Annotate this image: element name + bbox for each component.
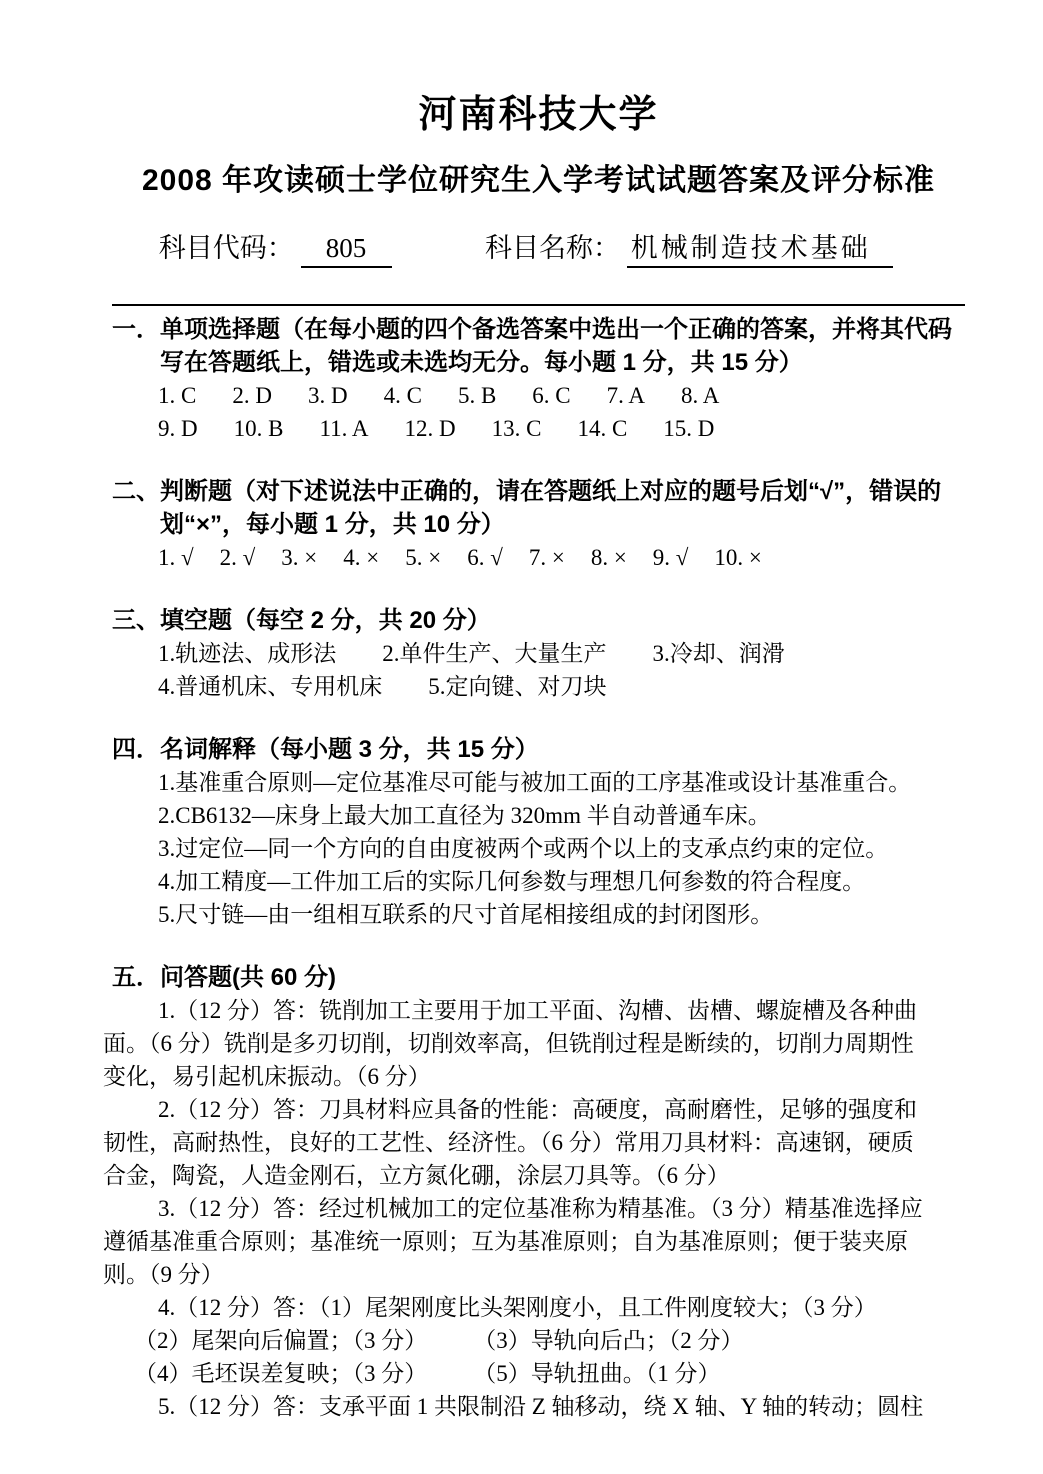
essay-line: 5.（12 分）答：支承平面 1 共限制沿 Z 轴移动，绕 X 轴、Y 轴的转动… xyxy=(112,1390,965,1423)
answer-item: 11. A xyxy=(319,412,368,445)
answer-item: 2. √ xyxy=(220,541,256,574)
heading-line-1: 单项选择题（在每小题的四个备选答案中选出一个正确的答案，并将其代码 xyxy=(160,316,952,343)
answer-item: 3. D xyxy=(308,379,348,412)
section-heading: 三、 填空题（每空 2 分，共 20 分） xyxy=(112,604,965,637)
section-multiple-choice: 一． 单项选择题（在每小题的四个备选答案中选出一个正确的答案，并将其代码 写在答… xyxy=(112,313,965,445)
definition-line: 3.过定位—同一个方向的自由度被两个或两个以上的支承点约束的定位。 xyxy=(158,832,965,865)
section-title: 问答题(共 60 分) xyxy=(160,961,965,994)
mc-answers-row-1: 1. C2. D3. D4. C5. B6. C7. A8. A xyxy=(158,379,965,412)
answer-item: 5. B xyxy=(458,379,496,412)
section-title: 单项选择题（在每小题的四个备选答案中选出一个正确的答案，并将其代码 写在答题纸上… xyxy=(160,313,965,379)
definition-line: 4.加工精度—工件加工后的实际几何参数与理想几何参数的符合程度。 xyxy=(158,865,965,898)
essay-line: 3.（12 分）答：经过机械加工的定位基准称为精基准。（3 分）精基准选择应 xyxy=(112,1192,965,1225)
section-number: 四． xyxy=(112,733,160,766)
answer-item: 8. × xyxy=(591,541,627,574)
section-number: 一． xyxy=(112,313,160,379)
essay-line: （2）尾架向后偏置；（3 分） （3）导轨向后凸；（2 分） xyxy=(112,1324,965,1357)
answer-item: 6. √ xyxy=(467,541,503,574)
essay-line: 则。（9 分） xyxy=(103,1258,965,1291)
answer-item: 13. C xyxy=(492,412,542,445)
answer-item: 9. √ xyxy=(653,541,689,574)
essay-line: 合金，陶瓷，人造金刚石，立方氮化硼，涂层刀具等。（6 分） xyxy=(103,1159,965,1192)
answer-item: 10. B xyxy=(234,412,284,445)
essay-line: 面。（6 分）铣削是多刃切削，切削效率高，但铣削过程是断续的，切削力周期性 xyxy=(103,1027,965,1060)
answer-line: 4.普通机床、专用机床 5.定向键、对刀块 xyxy=(158,670,965,703)
definition-line: 5.尺寸链—由一组相互联系的尺寸首尾相接组成的封闭图形。 xyxy=(158,898,965,931)
section-number: 五． xyxy=(112,961,160,994)
section-definitions: 四． 名词解释（每小题 3 分，共 15 分） 1.基准重合原则—定位基准尽可能… xyxy=(112,733,965,931)
subject-row: 科目代码： 805 科目名称： 机械制造技术基础 xyxy=(112,230,965,268)
section-true-false: 二、 判断题（对下述说法中正确的，请在答题纸上对应的题号后划“√”，错误的 划“… xyxy=(112,475,965,574)
answer-item: 8. A xyxy=(681,379,719,412)
answer-line: 1.轨迹法、成形法 2.单件生产、大量生产 3.冷却、润滑 xyxy=(158,637,965,670)
answer-item: 7. × xyxy=(529,541,565,574)
section-heading: 二、 判断题（对下述说法中正确的，请在答题纸上对应的题号后划“√”，错误的 划“… xyxy=(112,475,965,541)
answer-item: 5. × xyxy=(405,541,441,574)
essay-line: 韧性，高耐热性，良好的工艺性、经济性。（6 分）常用刀具材料：高速钢，硬质 xyxy=(103,1126,965,1159)
essay-line: 2.（12 分）答：刀具材料应具备的性能：高硬度，高耐磨性，足够的强度和 xyxy=(112,1093,965,1126)
tf-answers: 1. √2. √3. ×4. ×5. ×6. √7. ×8. ×9. √10. … xyxy=(158,541,965,574)
exam-answer-document: 河南科技大学 2008 年攻读硕士学位研究生入学考试试题答案及评分标准 科目代码… xyxy=(0,0,1043,1474)
subject-name-value: 机械制造技术基础 xyxy=(627,230,893,268)
essay-line: 变化，易引起机床振动。（6 分） xyxy=(103,1060,965,1093)
answer-item: 10. × xyxy=(714,541,761,574)
answer-item: 4. C xyxy=(384,379,422,412)
essay-line: （4）毛坯误差复映；（3 分） （5）导轨扭曲。（1 分） xyxy=(112,1357,965,1390)
essay-line: 遵循基准重合原则；基准统一原则；互为基准原则；自为基准原则；便于装夹原 xyxy=(103,1225,965,1258)
section-heading: 一． 单项选择题（在每小题的四个备选答案中选出一个正确的答案，并将其代码 写在答… xyxy=(112,313,965,379)
mc-answers-row-2: 9. D10. B11. A12. D13. C14. C15. D xyxy=(158,412,965,445)
section-number: 三、 xyxy=(112,604,160,637)
university-title: 河南科技大学 xyxy=(112,92,965,138)
heading-line-2: 写在答题纸上，错选或未选均无分。每小题 1 分，共 15 分） xyxy=(160,349,803,376)
answer-item: 7. A xyxy=(607,379,645,412)
fill-blank-answers: 1.轨迹法、成形法 2.单件生产、大量生产 3.冷却、润滑4.普通机床、专用机床… xyxy=(158,637,965,703)
subject-name-label: 科目名称： xyxy=(485,233,620,263)
section-heading: 五． 问答题(共 60 分) xyxy=(112,961,965,994)
section-fill-blanks: 三、 填空题（每空 2 分，共 20 分） 1.轨迹法、成形法 2.单件生产、大… xyxy=(112,604,965,703)
answer-item: 12. D xyxy=(404,412,455,445)
section-title: 名词解释（每小题 3 分，共 15 分） xyxy=(160,733,965,766)
definition-line: 1.基准重合原则—定位基准尽可能与被加工面的工序基准或设计基准重合。 xyxy=(158,766,965,799)
answer-item: 1. √ xyxy=(158,541,194,574)
section-essay: 五． 问答题(共 60 分) 1.（12 分）答：铣削加工主要用于加工平面、沟槽… xyxy=(112,961,965,1423)
section-title: 判断题（对下述说法中正确的，请在答题纸上对应的题号后划“√”，错误的 划“×”，… xyxy=(160,475,965,541)
answer-item: 6. C xyxy=(532,379,570,412)
essay-line: 4.（12 分）答：（1）尾架刚度比头架刚度小，且工件刚度较大；（3 分） xyxy=(112,1291,965,1324)
answer-item: 9. D xyxy=(158,412,198,445)
section-heading: 四． 名词解释（每小题 3 分，共 15 分） xyxy=(112,733,965,766)
definition-line: 2.CB6132—床身上最大加工直径为 320mm 半自动普通车床。 xyxy=(158,799,965,832)
answer-item: 15. D xyxy=(663,412,714,445)
tf-answers-row: 1. √2. √3. ×4. ×5. ×6. √7. ×8. ×9. √10. … xyxy=(158,541,965,574)
essay-line: 1.（12 分）答：铣削加工主要用于加工平面、沟槽、齿槽、螺旋槽及各种曲 xyxy=(112,994,965,1027)
horizontal-divider xyxy=(112,304,965,306)
subject-code-value: 805 xyxy=(301,230,392,268)
heading-line-1: 判断题（对下述说法中正确的，请在答题纸上对应的题号后划“√”，错误的 xyxy=(160,478,941,505)
answer-item: 2. D xyxy=(232,379,272,412)
section-title: 填空题（每空 2 分，共 20 分） xyxy=(160,604,965,637)
answer-item: 4. × xyxy=(343,541,379,574)
essay-answers: 1.（12 分）答：铣削加工主要用于加工平面、沟槽、齿槽、螺旋槽及各种曲面。（6… xyxy=(112,994,965,1423)
document-subtitle: 2008 年攻读硕士学位研究生入学考试试题答案及评分标准 xyxy=(112,162,965,200)
answer-item: 14. C xyxy=(577,412,627,445)
subject-code-label: 科目代码： xyxy=(159,233,294,263)
section-number: 二、 xyxy=(112,475,160,541)
answer-item: 3. × xyxy=(281,541,317,574)
heading-line-2: 划“×”，每小题 1 分，共 10 分） xyxy=(160,511,505,538)
definition-answers: 1.基准重合原则—定位基准尽可能与被加工面的工序基准或设计基准重合。2.CB61… xyxy=(158,766,965,931)
mc-answers: 1. C2. D3. D4. C5. B6. C7. A8. A 9. D10.… xyxy=(158,379,965,445)
answer-item: 1. C xyxy=(158,379,196,412)
